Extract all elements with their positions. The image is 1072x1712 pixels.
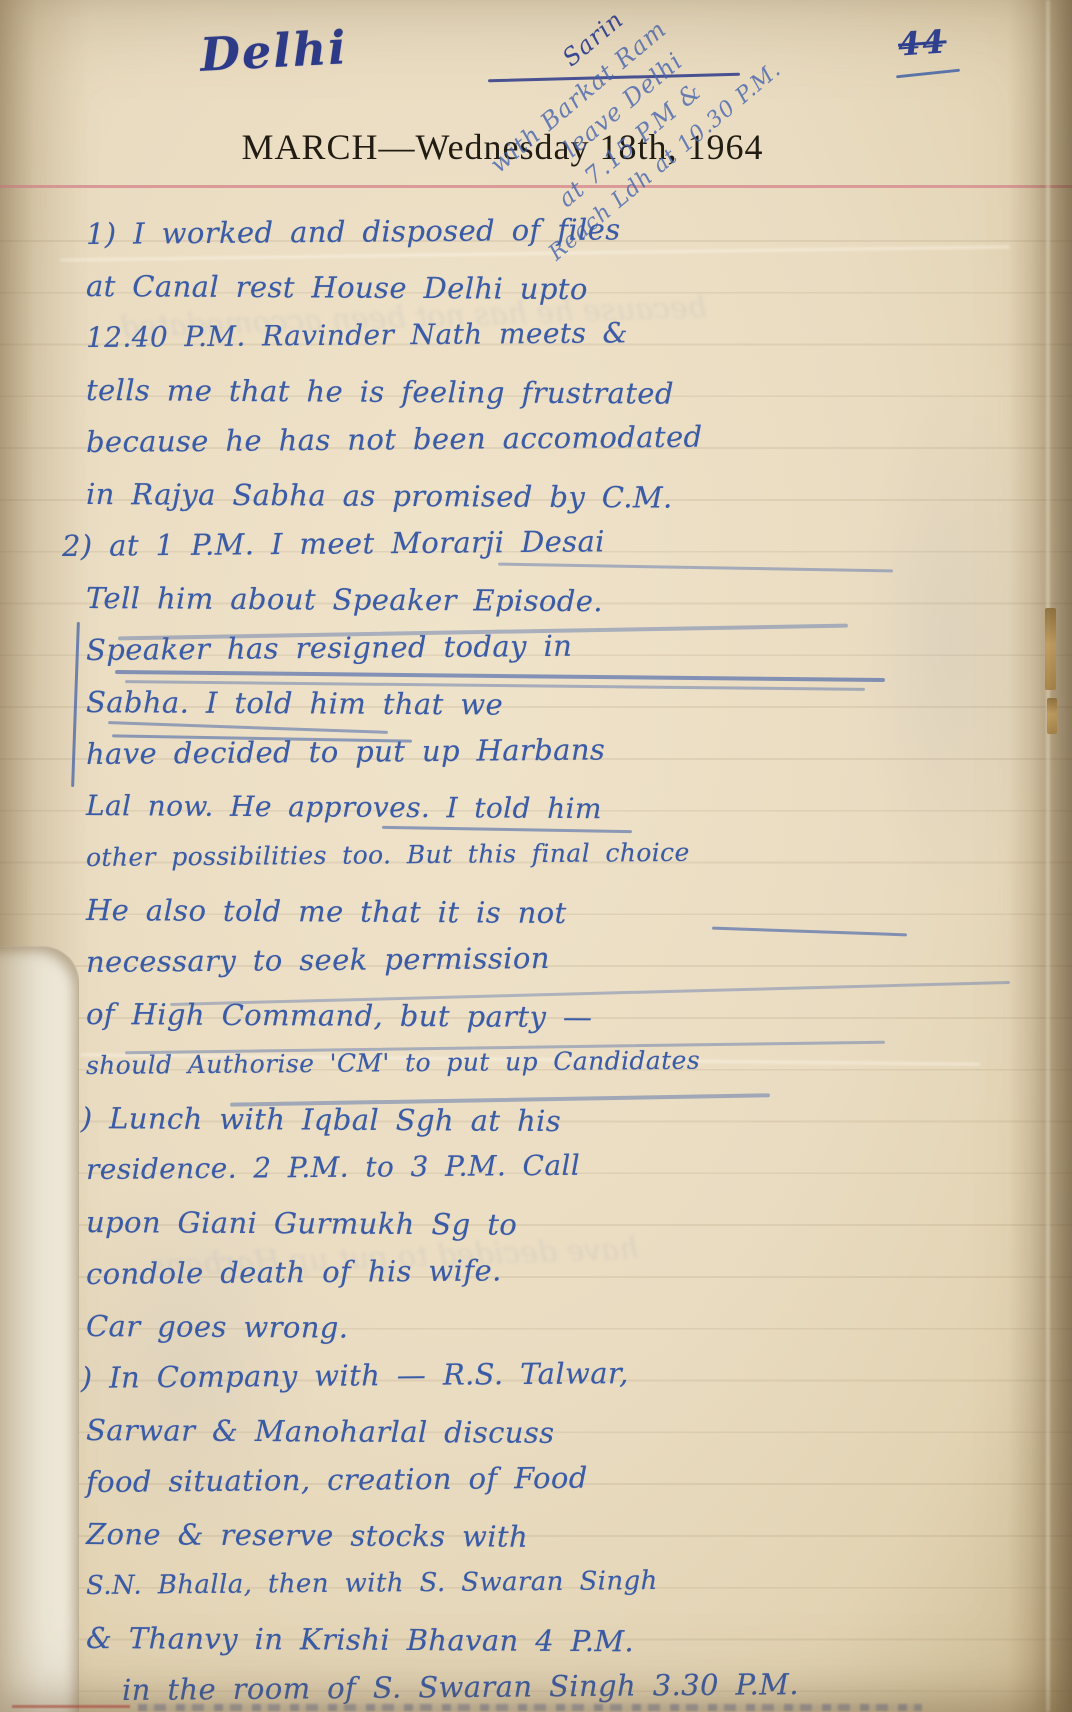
diary-page: because he has not been accomodated have… [0, 0, 1072, 1712]
diary-entry-body: 1) I worked and disposed of files at Can… [86, 208, 1016, 1712]
page-edge-highlight [1046, 0, 1050, 1712]
binding-tape-mark [1047, 698, 1057, 734]
entry-line: necessary to seek permission [86, 928, 1016, 988]
binding-edge [1008, 0, 1072, 1712]
cropped-print-text [138, 1704, 922, 1711]
page-corner-number: 44 [897, 22, 948, 63]
cropped-print-strip [0, 1703, 1072, 1712]
location-note: Delhi [199, 20, 349, 82]
entry-line: have decided to put up Harbans [86, 720, 1016, 780]
entry-line: residence. 2 P.M. to 3 P.M. Call [86, 1136, 1016, 1196]
ink-underline [896, 69, 960, 78]
entry-line: because he has not been accomodated [86, 408, 1016, 468]
underlying-page-corner [0, 946, 79, 1712]
entry-line: other possibilities too. But this final … [86, 824, 1016, 884]
entry-line: food situation, creation of Food [86, 1448, 1016, 1508]
entry-line: condole death of his wife. [86, 1240, 1016, 1300]
entry-line: 1) I worked and disposed of files [86, 200, 1016, 260]
entry-line: 12.40 P.M. Ravinder Nath meets & [86, 304, 1016, 364]
binding-tape-mark [1045, 608, 1056, 690]
cropped-red-rule [12, 1705, 130, 1708]
entry-line: 4) In Company with — R.S. Talwar, [62, 1344, 1016, 1404]
entry-line: S.N. Bhalla, then with S. Swaran Singh [86, 1552, 1016, 1612]
entry-line: Speaker has resigned today in [86, 616, 1016, 676]
